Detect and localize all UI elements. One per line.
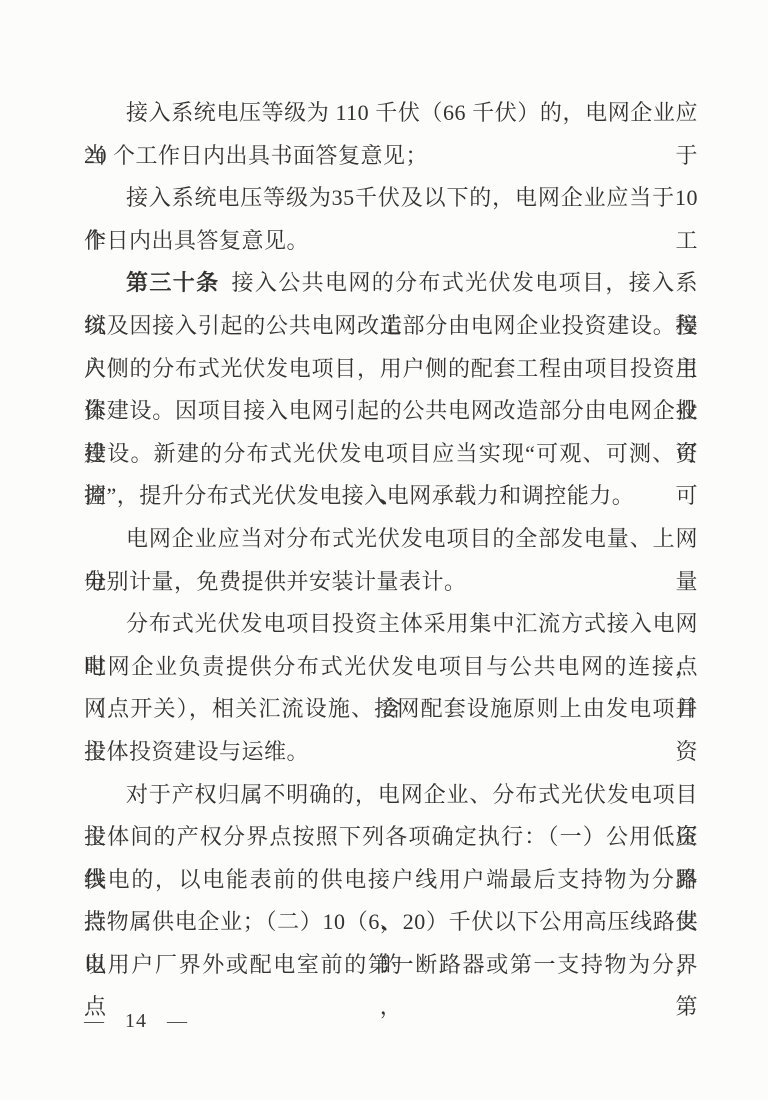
text-line: 户侧的分布式光伏发电项目，用户侧的配套工程由项目投资主体投 <box>84 348 698 391</box>
text-line: 建设。新建的分布式光伏发电项目应当实现“可观、可测、可调、可 <box>84 433 698 476</box>
text-line: 接入系统电压等级为 110 千伏（66 千伏）的，电网企业应当于 <box>84 92 698 135</box>
text-line: 资建设。因项目接入电网引起的公共电网改造部分由电网企业投资 <box>84 390 698 433</box>
text-line: 对于产权归属不明确的，电网企业、分布式光伏发电项目投资 <box>84 774 698 817</box>
footer-dash-right: — <box>167 1010 188 1032</box>
text-line-article-30: 第三十条接入公共电网的分布式光伏发电项目，接入系统工程 <box>84 262 698 305</box>
document-body: 接入系统电压等级为 110 千伏（66 千伏）的，电网企业应当于 20 个工作日… <box>84 92 698 986</box>
text-line: 供电的，以电能表前的供电接户线用户端最后支持物为分界点，支 <box>84 859 698 902</box>
text-line: 分布式光伏发电项目投资主体采用集中汇流方式接入电网时， <box>84 603 698 646</box>
text-line: 主体间的产权分界点按照下列各项确定执行：（一）公用低压线路 <box>84 816 698 859</box>
line-text: 主体投资建设与运维。 <box>84 739 309 764</box>
page-number: 14 <box>125 1000 147 1042</box>
text-line: 网点开关），相关汇流设施、接网配套设施原则上由发电项目投资 <box>84 688 698 731</box>
text-line: 电网企业负责提供分布式光伏发电项目与公共电网的连接点（含并 <box>84 646 698 689</box>
text-line: 以用户厂界外或配电室前的第一断路器或第一支持物为分界点，第 <box>84 944 698 987</box>
line-text: 控”，提升分布式光伏发电接入电网承载力和调控能力。 <box>84 483 634 508</box>
text-line: 控”，提升分布式光伏发电接入电网承载力和调控能力。 <box>84 475 698 518</box>
line-text: 20 个工作日内出具书面答复意见； <box>84 143 428 168</box>
line-text: 分别计量，免费提供并安装计量表计。 <box>84 569 467 594</box>
article-number-heading: 第三十条 <box>126 270 219 295</box>
text-line: 持物属供电企业；（二）10（6、20）千伏以下公用高压线路供电的， <box>84 901 698 944</box>
text-line: 接入系统电压等级为35千伏及以下的，电网企业应当于10个工 <box>84 177 698 220</box>
document-page: 接入系统电压等级为 110 千伏（66 千伏）的，电网企业应当于 20 个工作日… <box>0 0 768 1100</box>
text-line: 电网企业应当对分布式光伏发电项目的全部发电量、上网电量 <box>84 518 698 561</box>
line-text: 作日内出具答复意见。 <box>84 228 309 253</box>
text-line: 以及因接入引起的公共电网改造部分由电网企业投资建设。接入用 <box>84 305 698 348</box>
footer-dash-left: — <box>84 1010 105 1032</box>
page-footer: —14— <box>84 1000 188 1042</box>
